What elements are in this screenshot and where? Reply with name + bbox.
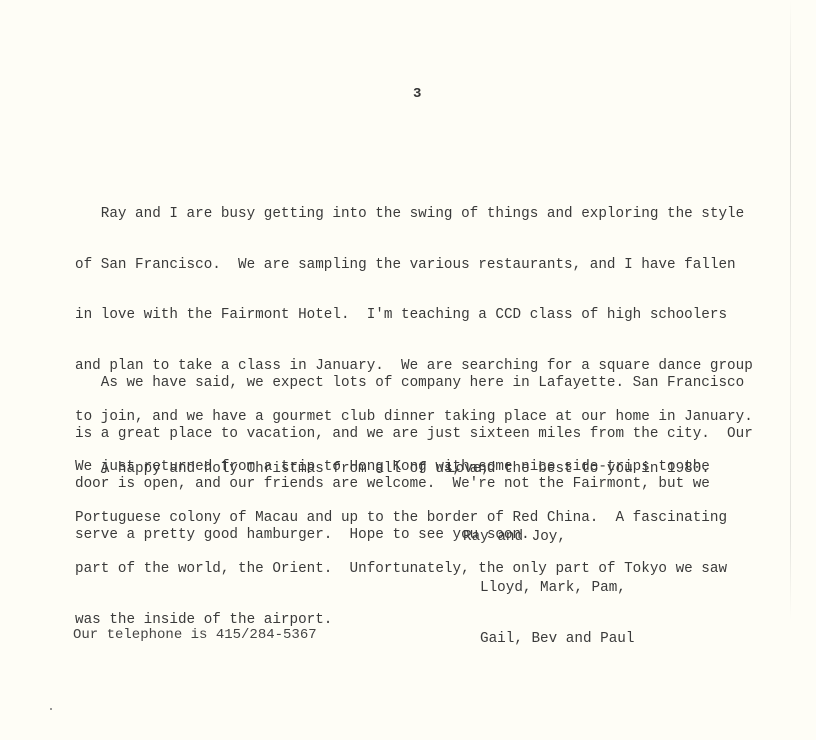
signature-line: Lloyd, Mark, Pam, xyxy=(463,580,634,597)
closing: Love, xyxy=(447,461,490,478)
text-line: A happy and holy Christmas from all of u… xyxy=(75,461,710,478)
text-line: Ray and I are busy getting into the swin… xyxy=(75,206,753,223)
text-line: was the inside of the airport. xyxy=(75,612,753,629)
text-line: As we have said, we expect lots of compa… xyxy=(75,375,753,392)
text-line: of San Francisco. We are sampling the va… xyxy=(75,257,753,274)
page-number: 3 xyxy=(413,86,421,102)
paper-speck xyxy=(50,708,52,710)
paper-fold-line xyxy=(790,0,791,620)
signature-line: Ray and Joy, xyxy=(463,529,634,546)
text-line: part of the world, the Orient. Unfortuna… xyxy=(75,561,753,578)
text-line: in love with the Fairmont Hotel. I'm tea… xyxy=(75,307,753,324)
paragraph-greeting: A happy and holy Christmas from all of u… xyxy=(75,427,710,495)
signature-block: Ray and Joy, Lloyd, Mark, Pam, Gail, Bev… xyxy=(463,495,634,665)
text-line: serve a pretty good hamburger. Hope to s… xyxy=(75,527,753,544)
signature-line: Gail, Bev and Paul xyxy=(463,631,634,648)
telephone-note: Our telephone is 415/284-5367 xyxy=(73,627,317,644)
